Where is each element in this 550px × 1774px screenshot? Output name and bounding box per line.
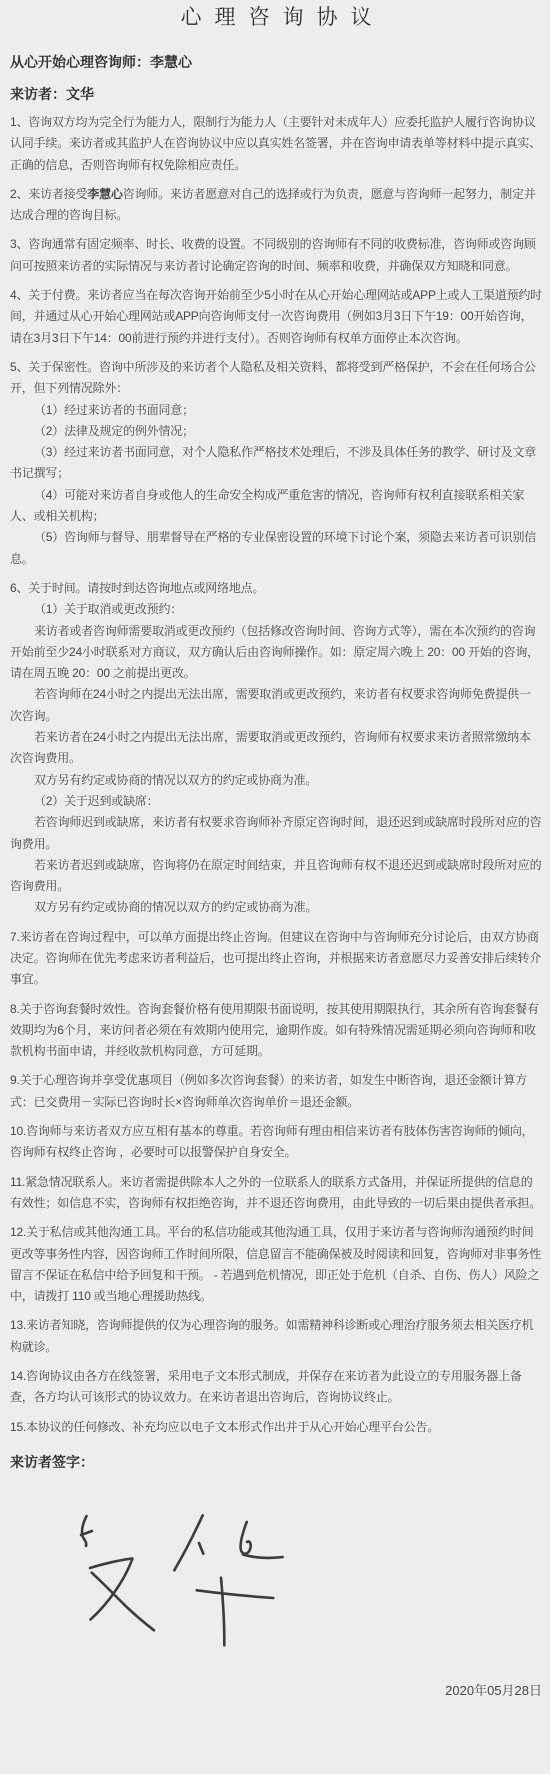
clause-text: 来访者或者咨询师需要取消或更改预约（包括修改咨询时间、咨询方式等），需在本次预约… (10, 624, 539, 681)
clause-text: 15.本协议的任何修改、补充均应以电子文本形式作出并于从心开始心理平台公告。 (10, 1420, 439, 1434)
signature-stroke (241, 1522, 251, 1554)
clause-text: 10.咨询师与来访者双方应互相有基本的尊重。若咨询师有理由相信来访者有肢体伤害咨… (10, 1124, 534, 1159)
counselor-label: 从心开始心理咨询师： (10, 54, 150, 70)
clause-line: 若咨询师在24小时之内提出无法出席，需要取消或更改预约，来访者有权要求咨询师免费… (10, 684, 542, 727)
clause-line: （3）经过来访者书面同意，对个人隐私作严格技术处理后，不涉及具体任务的教学、研讨… (10, 442, 542, 485)
clause-line: （1）关于取消或更改预约： (10, 599, 542, 620)
clause-line: 2、来访者接受李慧心咨询师。来访者愿意对自己的选择或行为负责，愿意与咨询师一起努… (10, 184, 542, 227)
counselor-name-inline: 李慧心 (87, 187, 122, 201)
clause-text: （5）咨询师与督导、朋辈督导在严格的专业保密设置的环境下讨论个案，须隐去来访者可… (10, 530, 536, 565)
counselor-name: 李慧心 (150, 54, 192, 70)
clause-line: 14.咨询协议由各方在线签署，采用电子文本形式制成，并保存在来访者为此设立的专用… (10, 1366, 542, 1409)
clause-text: （2）法律及规定的例外情况； (34, 424, 194, 438)
client-label: 来访者： (10, 86, 66, 102)
agreement-page: 心理咨询协议 从心开始心理咨询师：李慧心 来访者：文华 1、咨询双方均为完全行为… (0, 0, 550, 1701)
clause-text: 2、来访者接受 (10, 187, 87, 201)
clause-line: 4、关于付费。来访者应当在每次咨询开始前至少5小时在从心开始心理网站或APP上或… (10, 285, 542, 349)
clause-text: 若来访者迟到或缺席，咨询将仍在原定时间结束，并且咨询师有权不退还迟到或缺席时段所… (10, 858, 541, 893)
signature-stroke (243, 1554, 283, 1557)
counselor-line: 从心开始心理咨询师：李慧心 (10, 52, 542, 72)
clause-text: （4）可能对来访者自身或他人的生命安全构成严重危害的情况，咨询师有权利直接联系相… (10, 488, 524, 523)
clause-line: （4）可能对来访者自身或他人的生命安全构成严重危害的情况，咨询师有权利直接联系相… (10, 485, 542, 528)
clause-line: 若咨询师迟到或缺席，来访者有权要求咨询师补齐原定咨询时间，退还迟到或缺席时段所对… (10, 812, 542, 855)
clause-line: （1）经过来访者的书面同意； (10, 400, 542, 421)
clause-text: （2）关于迟到或缺席： (34, 794, 158, 808)
clause-text: 若来访者在24小时之内提出无法出席，需要取消或更改预约，咨询师有权要求来访者照常… (10, 730, 531, 765)
clause-block: 3、咨询通常有固定频率、时长、收费的设置。不同级别的咨询师有不同的收费标准，咨询… (10, 234, 542, 277)
clause-line: 8.关于咨询套餐时效性。咨询套餐价格有使用期限书面说明，按其使用期限执行，其余所… (10, 999, 542, 1063)
agreement-date: 2020年05月28日 (10, 1681, 542, 1701)
clause-line: 双方另有约定或协商的情况以双方的约定或协商为准。 (10, 897, 542, 918)
clause-text: 9.关于心理咨询并享受优惠项目（例如多次咨询套餐）的来访者，如发生中断咨询，退还… (10, 1073, 527, 1108)
clause-line: 3、咨询通常有固定频率、时长、收费的设置。不同级别的咨询师有不同的收费标准，咨询… (10, 234, 542, 277)
signature-stroke (82, 1516, 87, 1546)
clause-line: 15.本协议的任何修改、补充均应以电子文本形式作出并于从心开始心理平台公告。 (10, 1417, 542, 1438)
clause-line: （2）关于迟到或缺席： (10, 791, 542, 812)
signature-stroke (221, 1578, 224, 1646)
signature-stroke (197, 1590, 274, 1598)
clause-text: 13.来访者知晓，咨询师提供的仅为心理咨询的服务。如需精神科诊断或心理治疗服务须… (10, 1318, 534, 1353)
clause-text: 7.来访者在咨询过程中，可以单方面提出终止咨询。但建议在咨询中与咨询师充分讨论后… (10, 930, 541, 987)
clause-line: （5）咨询师与督导、朋辈督导在严格的专业保密设置的环境下讨论个案，须隐去来访者可… (10, 527, 542, 570)
clause-text: （1）经过来访者的书面同意； (34, 403, 194, 417)
clause-block: 10.咨询师与来访者双方应互相有基本的尊重。若咨询师有理由相信来访者有肢体伤害咨… (10, 1121, 542, 1164)
clause-line: 7.来访者在咨询过程中，可以单方面提出终止咨询。但建议在咨询中与咨询师充分讨论后… (10, 927, 542, 991)
clause-text: 1、咨询双方均为完全行为能力人，限制行为能力人（主要针对未成年人）应委托监护人履… (10, 115, 541, 172)
page-title: 心理咨询协议 (10, 6, 542, 30)
clause-block: 8.关于咨询套餐时效性。咨询套餐价格有使用期限书面说明，按其使用期限执行，其余所… (10, 999, 542, 1063)
clause-text: 5、关于保密性。咨询中所涉及的来访者个人隐私及相关资料，都将受到严格保护，不会在… (10, 360, 536, 395)
clause-line: 6、关于时间。请按时到达咨询地点或网络地点。 (10, 578, 542, 599)
clause-line: 双方另有约定或协商的情况以双方的约定或协商为准。 (10, 770, 542, 791)
clause-block: 6、关于时间。请按时到达咨询地点或网络地点。（1）关于取消或更改预约：来访者或者… (10, 578, 542, 919)
clause-text: 3、咨询通常有固定频率、时长、收费的设置。不同级别的咨询师有不同的收费标准，咨询… (10, 237, 536, 272)
clause-text: 双方另有约定或协商的情况以双方的约定或协商为准。 (34, 773, 317, 787)
clause-block: 7.来访者在咨询过程中，可以单方面提出终止咨询。但建议在咨询中与咨询师充分讨论后… (10, 927, 542, 991)
clause-line: 11.紧急情况联系人。来访者需提供除本人之外的一位联系人的联系方式备用，并保证所… (10, 1172, 542, 1215)
clause-line: 1、咨询双方均为完全行为能力人，限制行为能力人（主要针对未成年人）应委托监护人履… (10, 112, 542, 176)
clause-text: 11.紧急情况联系人。来访者需提供除本人之外的一位联系人的联系方式备用，并保证所… (10, 1175, 541, 1210)
clause-text: 6、关于时间。请按时到达咨询地点或网络地点。 (10, 581, 264, 595)
clause-line: 9.关于心理咨询并享受优惠项目（例如多次咨询套餐）的来访者，如发生中断咨询，退还… (10, 1070, 542, 1113)
clause-block: 1、咨询双方均为完全行为能力人，限制行为能力人（主要针对未成年人）应委托监护人履… (10, 112, 542, 176)
clause-line: 若来访者迟到或缺席，咨询将仍在原定时间结束，并且咨询师有权不退还迟到或缺席时段所… (10, 855, 542, 898)
clause-text: 8.关于咨询套餐时效性。咨询套餐价格有使用期限书面说明，按其使用期限执行，其余所… (10, 1002, 539, 1059)
clause-block: 11.紧急情况联系人。来访者需提供除本人之外的一位联系人的联系方式备用，并保证所… (10, 1172, 542, 1215)
clause-block: 9.关于心理咨询并享受优惠项目（例如多次咨询套餐）的来访者，如发生中断咨询，退还… (10, 1070, 542, 1113)
signature-label: 来访者签字： (10, 1452, 542, 1472)
clause-text: 12.关于私信或其他沟通工具。平台的私信功能或其他沟通工具，仅用于来访者与咨询师… (10, 1225, 541, 1303)
clause-text: 14.咨询协议由各方在线签署，采用电子文本形式制成，并保存在来访者为此设立的专用… (10, 1369, 522, 1404)
clause-line: 若来访者在24小时之内提出无法出席，需要取消或更改预约，咨询师有权要求来访者照常… (10, 727, 542, 770)
clause-text: 4、关于付费。来访者应当在每次咨询开始前至少5小时在从心开始心理网站或APP上或… (10, 288, 542, 345)
clause-block: 14.咨询协议由各方在线签署，采用电子文本形式制成，并保存在来访者为此设立的专用… (10, 1366, 542, 1409)
client-name: 文华 (66, 86, 94, 102)
clause-line: 10.咨询师与来访者双方应互相有基本的尊重。若咨询师有理由相信来访者有肢体伤害咨… (10, 1121, 542, 1164)
clause-block: 13.来访者知晓，咨询师提供的仅为心理咨询的服务。如需精神科诊断或心理治疗服务须… (10, 1315, 542, 1358)
clause-line: （2）法律及规定的例外情况； (10, 421, 542, 442)
clause-text: （3）经过来访者书面同意，对个人隐私作严格技术处理后，不涉及具体任务的教学、研讨… (10, 445, 536, 480)
clause-line: 12.关于私信或其他沟通工具。平台的私信功能或其他沟通工具，仅用于来访者与咨询师… (10, 1222, 542, 1307)
clause-text: （1）关于取消或更改预约： (34, 602, 182, 616)
clause-block: 5、关于保密性。咨询中所涉及的来访者个人隐私及相关资料，都将受到严格保护，不会在… (10, 357, 542, 570)
signature-stroke (90, 1558, 133, 1619)
client-line: 来访者：文华 (10, 84, 542, 104)
clause-text: 双方另有约定或协商的情况以双方的约定或协商为准。 (34, 900, 317, 914)
clause-line: 13.来访者知晓，咨询师提供的仅为心理咨询的服务。如需精神科诊断或心理治疗服务须… (10, 1315, 542, 1358)
clause-line: 来访者或者咨询师需要取消或更改预约（包括修改咨询时间、咨询方式等），需在本次预约… (10, 621, 542, 685)
clause-block: 15.本协议的任何修改、补充均应以电子文本形式作出并于从心开始心理平台公告。 (10, 1417, 542, 1438)
clause-block: 2、来访者接受李慧心咨询师。来访者愿意对自己的选择或行为负责，愿意与咨询师一起努… (10, 184, 542, 227)
clause-block: 4、关于付费。来访者应当在每次咨询开始前至少5小时在从心开始心理网站或APP上或… (10, 285, 542, 349)
client-signature-handwriting (68, 1505, 298, 1655)
clause-text: 若咨询师在24小时之内提出无法出席，需要取消或更改预约，来访者有权要求咨询师免费… (10, 687, 531, 722)
clause-line: 5、关于保密性。咨询中所涉及的来访者个人隐私及相关资料，都将受到严格保护，不会在… (10, 357, 542, 400)
agreement-clauses: 1、咨询双方均为完全行为能力人，限制行为能力人（主要针对未成年人）应委托监护人履… (10, 112, 542, 1438)
signature-stroke (199, 1543, 203, 1554)
clause-text: 若咨询师迟到或缺席，来访者有权要求咨询师补齐原定咨询时间，退还迟到或缺席时段所对… (10, 815, 541, 850)
clause-block: 12.关于私信或其他沟通工具。平台的私信功能或其他沟通工具，仅用于来访者与咨询师… (10, 1222, 542, 1307)
